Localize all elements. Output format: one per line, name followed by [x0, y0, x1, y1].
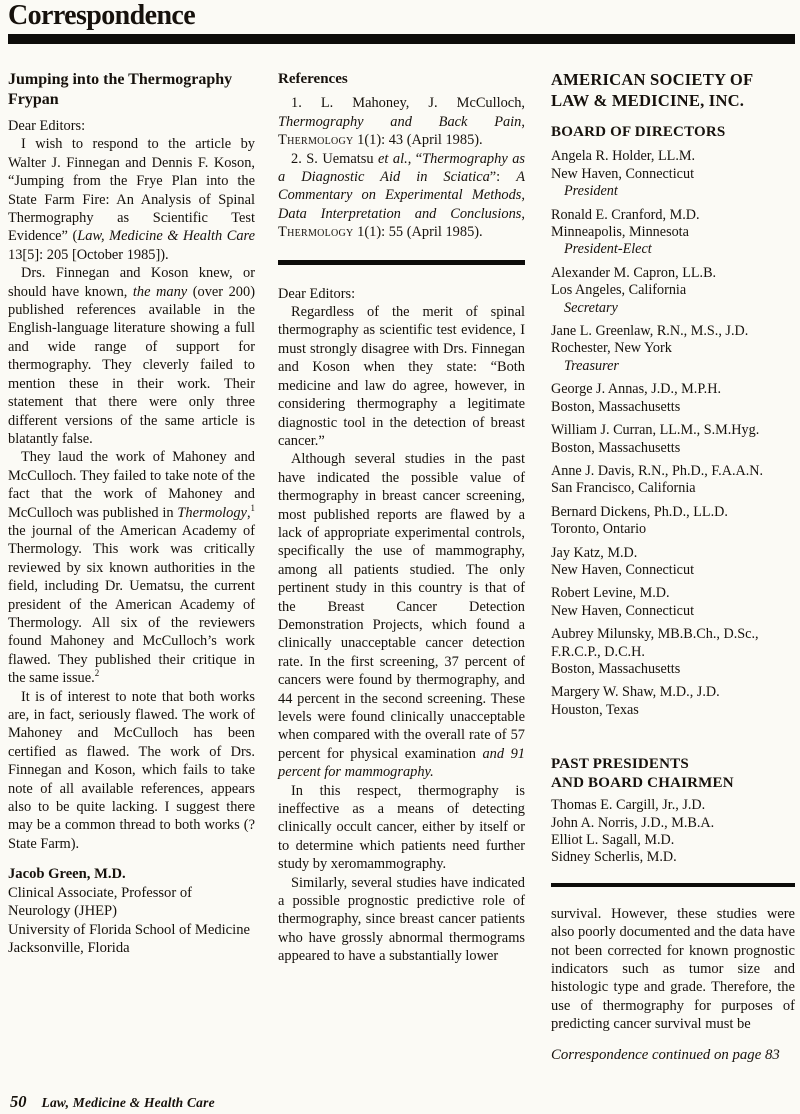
past-president-name: Sidney Scherlis, M.D. [551, 849, 795, 866]
page-title: Correspondence [8, 0, 195, 32]
continued-note: Correspondence continued on page 83 [551, 1047, 795, 1064]
director-city: Minneapolis, Minnesota [551, 224, 795, 241]
past-president-name: John A. Norris, J.D., M.B.A. [551, 815, 795, 832]
section-divider [278, 260, 525, 265]
director-name: Alexander M. Capron, LL.B. [551, 265, 795, 282]
references-heading: References [278, 70, 525, 88]
letter1-paragraph: It is of interest to note that both work… [8, 688, 255, 854]
continuation-paragraph: survival. However, these studies were al… [551, 905, 795, 1034]
director-entry: Robert Levine, M.D. New Haven, Connectic… [551, 585, 795, 620]
director-name: Jane L. Greenlaw, R.N., M.S., J.D. [551, 323, 795, 340]
director-city: San Francisco, California [551, 480, 795, 497]
signature-line: University of Florida School of Medicine [8, 921, 255, 940]
director-city: Los Angeles, California [551, 282, 795, 299]
letter1-paragraph: They laud the work of Mahoney and McCull… [8, 448, 255, 687]
signature-name: Jacob Green, M.D. [8, 865, 255, 884]
left-column: Jumping into the Thermography Frypan Dea… [8, 70, 255, 958]
director-name: Anne J. Davis, R.N., Ph.D., F.A.A.N. [551, 463, 795, 480]
header-rule [8, 34, 795, 44]
director-role: President [551, 183, 795, 200]
director-city: Boston, Massachusetts [551, 399, 795, 416]
organization-name-line: LAW & MEDICINE, INC. [551, 91, 795, 112]
reference-item: 2. S. Uematsu et al., “Thermography as a… [278, 150, 525, 242]
director-name: William J. Curran, LL.M., S.M.Hyg. [551, 422, 795, 439]
director-name: Bernard Dickens, Ph.D., LL.D. [551, 504, 795, 521]
signature-line: Jacksonville, Florida [8, 939, 255, 958]
director-city: New Haven, Connecticut [551, 562, 795, 579]
letter1-paragraph: Drs. Finnegan and Koson knew, or should … [8, 264, 255, 448]
letter2-paragraph: Similarly, several studies have indicate… [278, 874, 525, 966]
director-name: Robert Levine, M.D. [551, 585, 795, 602]
organization-name: AMERICAN SOCIETY OF LAW & MEDICINE, INC. [551, 70, 795, 111]
director-name: Aubrey Milunsky, MB.B.Ch., D.Sc., F.R.C.… [551, 626, 795, 661]
past-presidents-section: PAST PRESIDENTS AND BOARD CHAIRMEN Thoma… [551, 755, 795, 867]
signature-line: Clinical Associate, Professor of Neurolo… [8, 884, 255, 921]
director-entry: Alexander M. Capron, LL.B. Los Angeles, … [551, 265, 795, 317]
page-footer: 50 Law, Medicine & Health Care [10, 1092, 215, 1112]
director-name: George J. Annas, J.D., M.P.H. [551, 381, 795, 398]
director-city: Rochester, New York [551, 340, 795, 357]
director-entry: Anne J. Davis, R.N., Ph.D., F.A.A.N. San… [551, 463, 795, 498]
past-presidents-heading: PAST PRESIDENTS AND BOARD CHAIRMEN [551, 755, 795, 792]
director-role: Secretary [551, 300, 795, 317]
director-entry: William J. Curran, LL.M., S.M.Hyg. Bosto… [551, 422, 795, 457]
past-presidents-heading-line: PAST PRESIDENTS [551, 755, 795, 774]
middle-column: References 1. L. Mahoney, J. McCulloch, … [278, 70, 525, 966]
board-of-directors-heading: BOARD OF DIRECTORS [551, 124, 795, 141]
director-entry: Jay Katz, M.D. New Haven, Connecticut [551, 545, 795, 580]
letter2-salutation: Dear Editors: [278, 285, 525, 303]
letter1-heading: Jumping into the Thermography Frypan [8, 70, 255, 110]
director-entry: Aubrey Milunsky, MB.B.Ch., D.Sc., F.R.C.… [551, 626, 795, 678]
director-name: Angela R. Holder, LL.M. [551, 148, 795, 165]
director-city: Boston, Massachusetts [551, 661, 795, 678]
director-role: Treasurer [551, 358, 795, 375]
director-entry: George J. Annas, J.D., M.P.H. Boston, Ma… [551, 381, 795, 416]
director-entry: Bernard Dickens, Ph.D., LL.D. Toronto, O… [551, 504, 795, 539]
past-presidents-heading-line: AND BOARD CHAIRMEN [551, 774, 795, 793]
right-column: AMERICAN SOCIETY OF LAW & MEDICINE, INC.… [551, 70, 795, 1064]
signature-block: Jacob Green, M.D. Clinical Associate, Pr… [8, 865, 255, 958]
letter2-paragraph: Although several studies in the past hav… [278, 450, 525, 781]
director-city: Boston, Massachusetts [551, 440, 795, 457]
past-president-name: Thomas E. Cargill, Jr., J.D. [551, 797, 795, 814]
director-city: New Haven, Connecticut [551, 603, 795, 620]
past-president-name: Elliot L. Sagall, M.D. [551, 832, 795, 849]
journal-name: Law, Medicine & Health Care [42, 1095, 215, 1111]
director-name: Ronald E. Cranford, M.D. [551, 207, 795, 224]
section-divider [551, 883, 795, 887]
director-entry: Ronald E. Cranford, M.D. Minneapolis, Mi… [551, 207, 795, 259]
director-role: President-Elect [551, 241, 795, 258]
director-city: Toronto, Ontario [551, 521, 795, 538]
page-number: 50 [10, 1092, 27, 1112]
director-name: Jay Katz, M.D. [551, 545, 795, 562]
director-name: Margery W. Shaw, M.D., J.D. [551, 684, 795, 701]
director-city: New Haven, Connecticut [551, 166, 795, 183]
letter1-salutation: Dear Editors: [8, 117, 255, 135]
organization-name-line: AMERICAN SOCIETY OF [551, 70, 795, 91]
masthead: Correspondence [8, 0, 195, 32]
director-entry: Margery W. Shaw, M.D., J.D. Houston, Tex… [551, 684, 795, 719]
reference-item: 1. L. Mahoney, J. McCulloch, Thermograph… [278, 94, 525, 149]
director-city: Houston, Texas [551, 702, 795, 719]
letter1-paragraph: I wish to respond to the article by Walt… [8, 135, 255, 264]
letter2-paragraph: In this respect, thermography is ineffec… [278, 782, 525, 874]
director-entry: Jane L. Greenlaw, R.N., M.S., J.D. Roche… [551, 323, 795, 375]
letter2-paragraph: Regardless of the merit of spinal thermo… [278, 303, 525, 450]
director-entry: Angela R. Holder, LL.M. New Haven, Conne… [551, 148, 795, 200]
